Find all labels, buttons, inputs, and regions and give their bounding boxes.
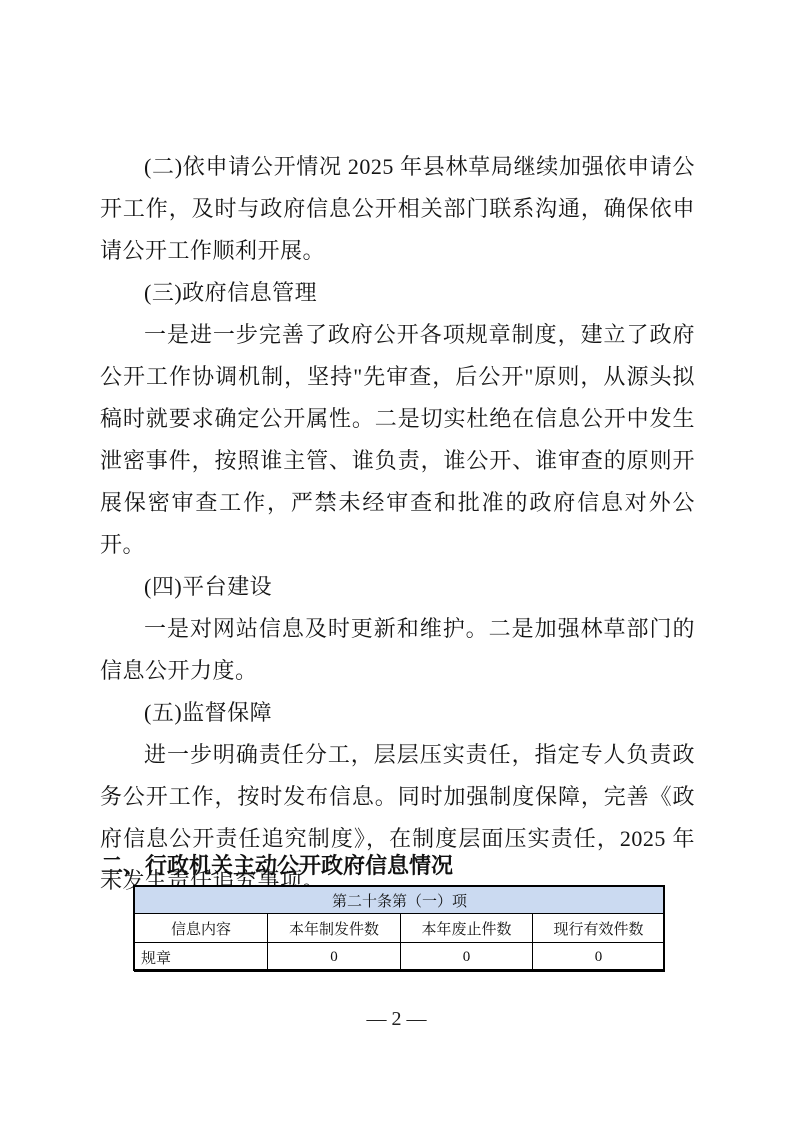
paragraph-info-management-detail: 一是进一步完善了政府公开各项规章制度，建立了政府公开工作协调机制，坚持"先审查，… <box>100 314 695 566</box>
column-header-info-content: 信息内容 <box>135 914 268 943</box>
table-title-cell: 第二十条第（一）项 <box>135 887 665 914</box>
cell-row-label: 规章 <box>135 943 268 972</box>
table-header-row: 信息内容 本年制发件数 本年废止件数 现行有效件数 <box>135 914 665 943</box>
column-header-currently-valid: 现行有效件数 <box>533 914 665 943</box>
table-title-row: 第二十条第（一）项 <box>135 887 665 914</box>
document-body: (二)依申请公开情况 2025 年县林草局继续加强依申请公开工作，及时与政府信息… <box>100 146 695 902</box>
cell-valid-count: 0 <box>533 943 665 972</box>
paragraph-request-disclosure: (二)依申请公开情况 2025 年县林草局继续加强依申请公开工作，及时与政府信息… <box>100 146 695 272</box>
page-number: — 2 — <box>0 1008 793 1031</box>
paragraph-heading-platform: (四)平台建设 <box>100 566 695 608</box>
column-header-abolished-this-year: 本年废止件数 <box>401 914 533 943</box>
disclosure-statistics-table: 第二十条第（一）项 信息内容 本年制发件数 本年废止件数 现行有效件数 规章 0… <box>134 886 665 972</box>
column-header-issued-this-year: 本年制发件数 <box>268 914 401 943</box>
paragraph-platform-detail: 一是对网站信息及时更新和维护。二是加强林草部门的信息公开力度。 <box>100 608 695 692</box>
paragraph-heading-info-management: (三)政府信息管理 <box>100 272 695 314</box>
document-page: (二)依申请公开情况 2025 年县林草局继续加强依申请公开工作，及时与政府信息… <box>0 0 793 1122</box>
paragraph-heading-supervision: (五)监督保障 <box>100 692 695 734</box>
cell-issued-count: 0 <box>268 943 401 972</box>
table-row-regulations: 规章 0 0 0 <box>135 943 665 972</box>
section-heading-active-disclosure: 二、行政机关主动公开政府信息情况 <box>101 851 696 881</box>
cell-abolished-count: 0 <box>401 943 533 972</box>
